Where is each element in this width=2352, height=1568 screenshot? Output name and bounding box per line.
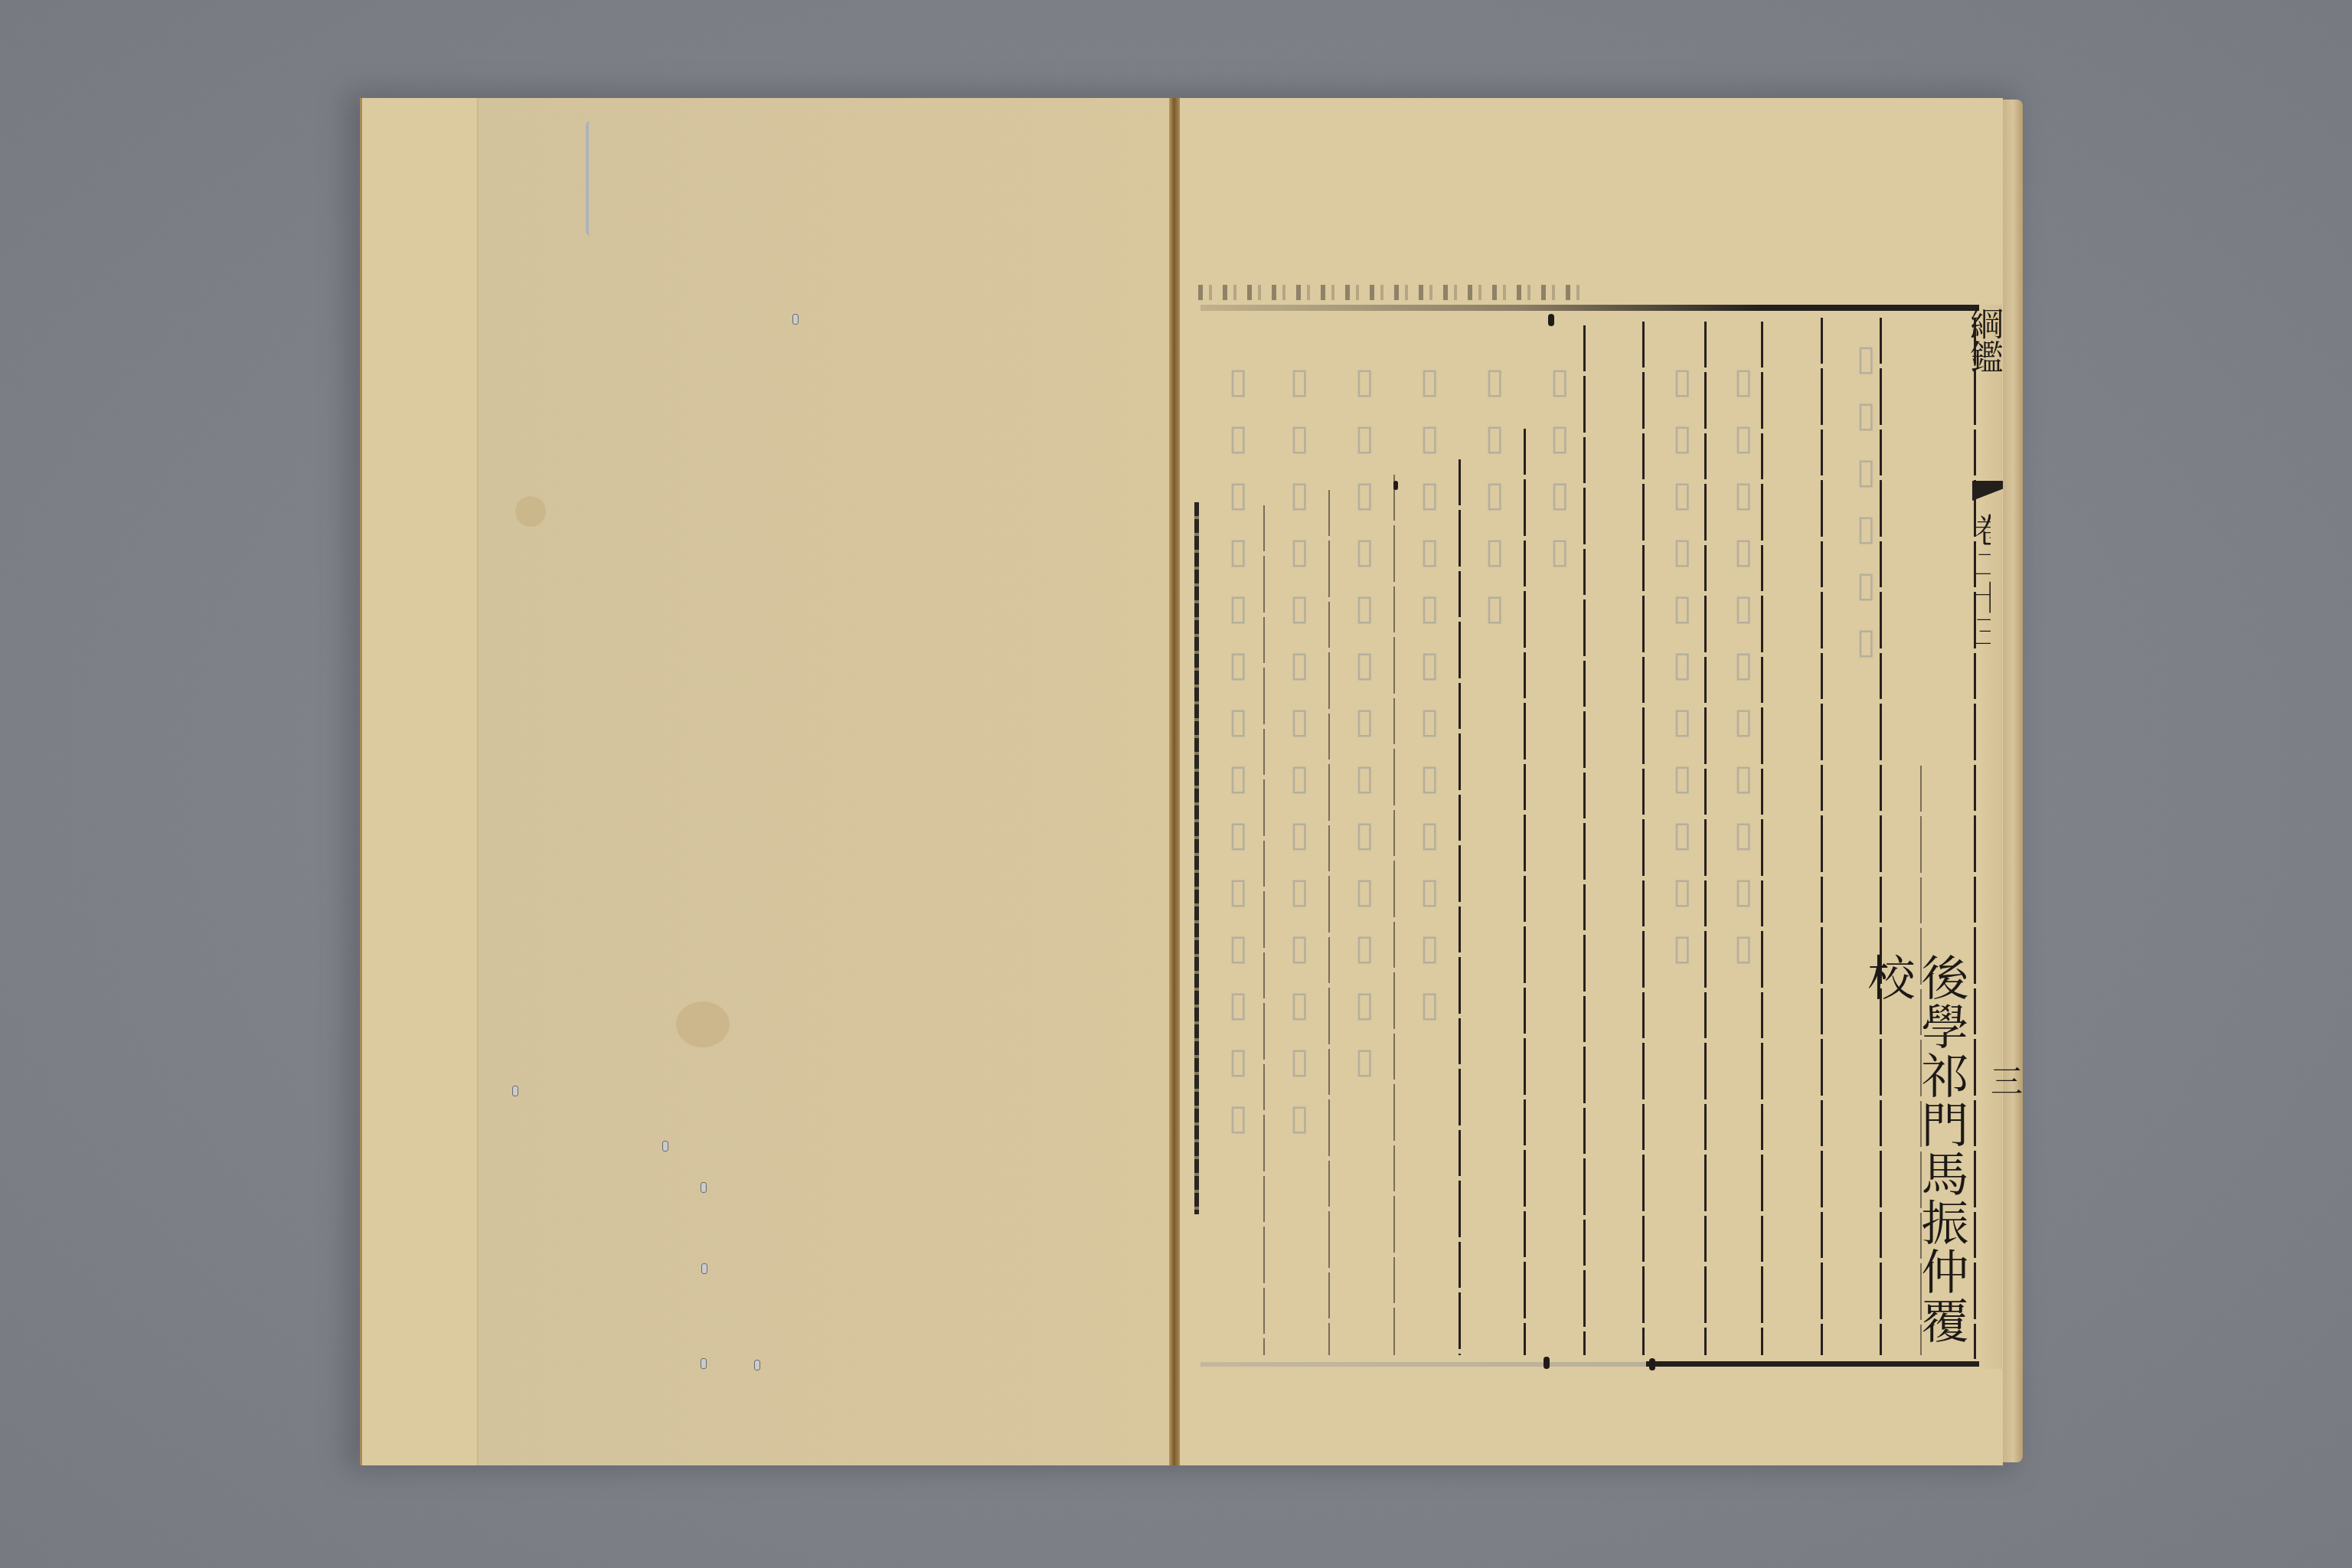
ink-dot [1543, 1357, 1550, 1369]
frame-bottom-border [1646, 1361, 2001, 1367]
column-rule [1583, 325, 1586, 1355]
wormhole [662, 1141, 668, 1151]
column-rule [1459, 459, 1461, 1355]
paper-tear-mark [586, 121, 599, 236]
frame-left-border [1194, 502, 1199, 1214]
column-rule [1642, 322, 1645, 1355]
banxin-title-fragment: 綱鑑 [1964, 306, 2002, 482]
page-number: 三 [1981, 1064, 2027, 1096]
column-rule [1393, 475, 1395, 1355]
showthrough-text: ▯▯▯▯▯▯▯▯▯▯▯▯▯ [1344, 360, 1385, 1340]
column-rule [1524, 429, 1526, 1355]
frame-bottom-faint [1200, 1362, 1660, 1367]
showthrough-text: ▯▯▯▯▯▯▯▯▯▯▯▯ [1409, 360, 1450, 1340]
wormhole [754, 1360, 760, 1370]
showthrough-text: ▯▯▯▯▯▯▯▯▯▯▯ [1661, 360, 1703, 1279]
page-stack-edge [2003, 100, 2023, 1462]
frame-top-border [1200, 305, 2001, 311]
column-rule [1761, 322, 1763, 1355]
left-page-outer-band [362, 98, 477, 1465]
frame-top-ink-traces [1198, 285, 1581, 300]
column-rule [1880, 318, 1882, 1355]
column-rule [1821, 318, 1823, 1355]
collator-credit-line: 後學祁門馬振仲覆校 [1914, 953, 1968, 1359]
showthrough-text: ▯▯▯▯▯▯▯▯▯▯▯▯▯▯ [1279, 360, 1320, 1340]
wormhole [701, 1182, 707, 1193]
column-rule [1328, 490, 1330, 1355]
column-rule [1704, 322, 1707, 1355]
showthrough-text: ▯▯▯▯▯ [1474, 360, 1515, 819]
ink-dot [1393, 481, 1398, 490]
showthrough-text: ▯▯▯▯▯▯▯▯▯▯▯▯▯▯ [1217, 360, 1259, 1340]
showthrough-text: ▯▯▯▯ [1539, 360, 1580, 819]
wormhole [792, 314, 799, 325]
wormhole [512, 1086, 518, 1096]
left-page-fold-line [477, 98, 479, 1465]
ink-dot [1649, 1358, 1655, 1370]
left-page [360, 98, 1171, 1465]
wormhole [701, 1263, 707, 1274]
ink-dot [1548, 314, 1554, 326]
showthrough-text: ▯▯▯▯▯▯▯▯▯▯▯ [1723, 360, 1764, 1279]
column-rule [1263, 505, 1265, 1355]
left-page-inner-band [477, 98, 1171, 1465]
paper-stain [676, 1001, 730, 1047]
wormhole [701, 1358, 707, 1369]
paper-stain [515, 496, 546, 527]
book-gutter [1169, 98, 1180, 1465]
